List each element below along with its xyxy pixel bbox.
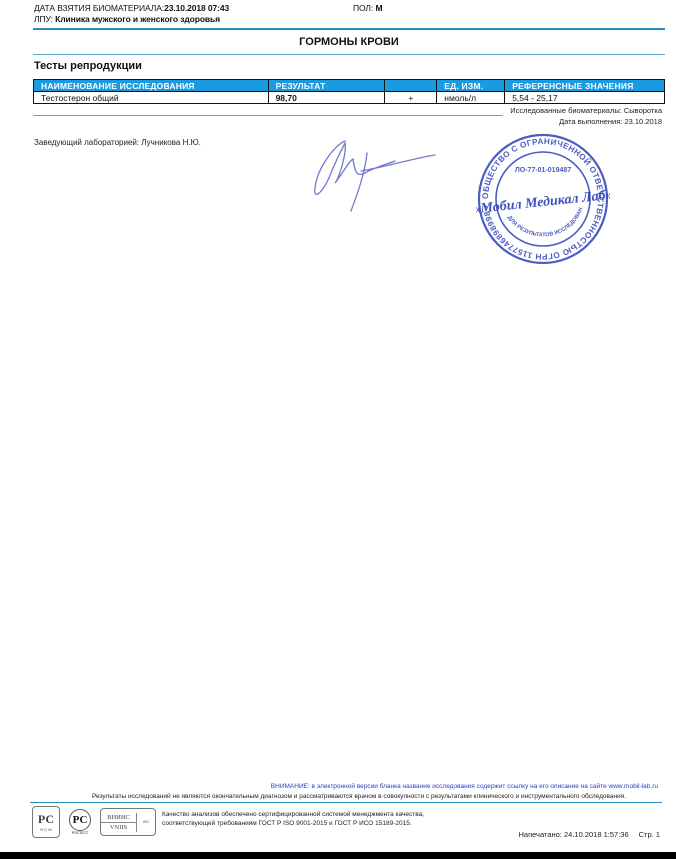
- sex-label: ПОЛ:: [353, 3, 373, 13]
- organization-stamp: ОБЩЕСТВО С ОГРАНИЧЕННОЙ ОТВЕТСТВЕННОСТЬЮ…: [476, 132, 610, 266]
- test-result: 98,70: [268, 92, 385, 104]
- test-flag: +: [385, 92, 437, 104]
- sex-value: М: [375, 3, 382, 13]
- table-header-row: НАИМЕНОВАНИЕ ИССЛЕДОВАНИЯ РЕЗУЛЬТАТ ЕД. …: [34, 80, 665, 92]
- table-row: Тестостерон общий 98,70 + нмоль/л 5,54 -…: [34, 92, 665, 104]
- cut-off-header-line-right: [352, 0, 512, 1]
- col-header-name: НАИМЕНОВАНИЕ ИССЛЕДОВАНИЯ: [34, 80, 269, 92]
- meta-divider: [33, 115, 503, 116]
- results-disclaimer: Результаты исследований не являются окон…: [92, 793, 626, 800]
- header-divider: [33, 28, 665, 30]
- footer-divider: [30, 802, 662, 803]
- printed-timestamp: Напечатано: 24.10.2018 1:57:36: [518, 830, 628, 839]
- rs-rcm-logo-icon: РС R C M: [32, 806, 60, 838]
- col-header-unit: ЕД. ИЗМ.: [437, 80, 505, 92]
- rosstest-logo-icon: РС РОСТЕСТ: [66, 806, 94, 838]
- col-header-result: РЕЗУЛЬТАТ: [268, 80, 385, 92]
- quality-line-1: Качество анализов обеспечено сертифициро…: [162, 810, 424, 819]
- cut-off-header-line: [34, 0, 234, 1]
- test-unit: нмоль/л: [437, 92, 505, 104]
- head-of-lab-label: Заведующий лабораторией: Лучникова Н.Ю.: [34, 138, 201, 147]
- section-title: ГОРМОНЫ КРОВИ: [33, 36, 665, 48]
- lpu-label: ЛПУ:: [34, 14, 53, 24]
- col-header-reference: РЕФЕРЕНСНЫЕ ЗНАЧЕНИЯ: [505, 80, 665, 92]
- sample-date-label: ДАТА ВЗЯТИЯ БИОМАТЕРИАЛА:: [34, 3, 164, 13]
- svg-text:ЛО-77-01-019487: ЛО-77-01-019487: [515, 167, 571, 174]
- test-name[interactable]: Тестостерон общий: [34, 92, 269, 104]
- quality-statement: Качество анализов обеспечено сертифициро…: [162, 810, 424, 828]
- test-reference: 5,54 - 25,17: [505, 92, 665, 104]
- certification-logos: РС R C M РС РОСТЕСТ ВНИИС VNIIS ISO: [32, 806, 156, 838]
- lpu-value: Клиника мужского и женского здоровья: [55, 14, 220, 24]
- completion-date: Дата выполнения: 23.10.2018: [559, 117, 662, 126]
- page-number: Стр. 1: [639, 830, 660, 839]
- vniis-logo-icon: ВНИИС VNIIS ISO: [100, 808, 156, 836]
- signature-image: [305, 133, 445, 218]
- group-title: Тесты репродукции: [34, 60, 142, 72]
- sample-date-line: ДАТА ВЗЯТИЯ БИОМАТЕРИАЛА:23.10.2018 07:4…: [34, 3, 229, 13]
- results-table: НАИМЕНОВАНИЕ ИССЛЕДОВАНИЯ РЕЗУЛЬТАТ ЕД. …: [33, 79, 665, 104]
- col-header-flag: [385, 80, 437, 92]
- section-divider: [33, 54, 665, 55]
- biomaterial-note: Исследованные биоматериалы: Сыворотка: [510, 106, 662, 115]
- quality-line-2: соответствующей требованиям ГОСТ Р ISO 9…: [162, 819, 424, 828]
- page-bottom-edge: [0, 852, 676, 859]
- electronic-version-warning[interactable]: ВНИМАНИЕ: в электронной версии бланка на…: [271, 783, 658, 790]
- lpu-line: ЛПУ: Клиника мужского и женского здоровь…: [34, 14, 220, 24]
- sample-date-value: 23.10.2018 07:43: [164, 3, 229, 13]
- print-info: Напечатано: 24.10.2018 1:57:36Стр. 1: [518, 830, 660, 839]
- sex-line: ПОЛ: М: [353, 3, 382, 13]
